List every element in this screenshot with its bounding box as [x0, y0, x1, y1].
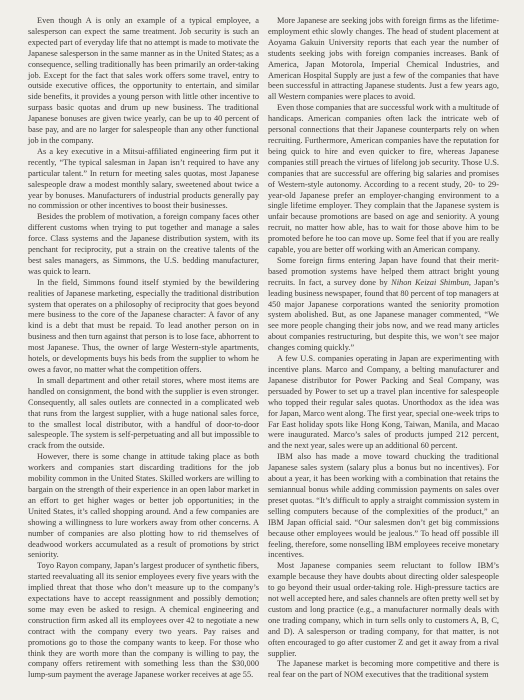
paragraph: In the field, Simmons found itself stymi… — [28, 278, 259, 376]
text-run: A few U.S. companies operating in Japan … — [268, 354, 499, 450]
text-run: Toyo Rayon company, Japan’s largest prod… — [28, 561, 259, 679]
text-run: Besides the problem of motivation, a for… — [28, 212, 259, 276]
text-run: The Japanese market is becoming more com… — [268, 659, 499, 679]
text-run: In the field, Simmons found itself stymi… — [28, 278, 259, 374]
column-left: Even though A is only an example of a ty… — [28, 16, 259, 681]
paragraph: As a key executive in a Mitsui-affiliate… — [28, 147, 259, 212]
column-right: More Japanese are seeking jobs with fore… — [268, 16, 499, 681]
text-run: Even those companies that are successful… — [268, 103, 499, 254]
paragraph: IBM also has made a move toward chucking… — [268, 452, 499, 561]
paragraph: In small department and other retail sto… — [28, 376, 259, 452]
paragraph: A few U.S. companies operating in Japan … — [268, 354, 499, 452]
paragraph: The Japanese market is becoming more com… — [268, 659, 499, 681]
text-run: However, there is some change in attitud… — [28, 452, 259, 559]
paragraph: Even those companies that are successful… — [268, 103, 499, 256]
paragraph: Some foreign firms entering Japan have f… — [268, 256, 499, 354]
text-run: Most Japanese companies seem reluctant t… — [268, 561, 499, 657]
book-page: Even though A is only an example of a ty… — [0, 0, 524, 700]
text-run: IBM also has made a move toward chucking… — [268, 452, 499, 559]
text-columns: Even though A is only an example of a ty… — [28, 16, 498, 681]
paragraph: More Japanese are seeking jobs with fore… — [268, 16, 499, 103]
text-run: More Japanese are seeking jobs with fore… — [268, 16, 499, 101]
paragraph: However, there is some change in attitud… — [28, 452, 259, 561]
paragraph: Toyo Rayon company, Japan’s largest prod… — [28, 561, 259, 681]
italic-text-run: Nihon Keizai Shimbun — [391, 278, 469, 287]
text-run: Even though A is only an example of a ty… — [28, 16, 259, 145]
paragraph: Most Japanese companies seem reluctant t… — [268, 561, 499, 659]
text-run: , Japan’s leading business newspaper, fo… — [268, 278, 499, 352]
text-run: In small department and other retail sto… — [28, 376, 259, 450]
text-run: As a key executive in a Mitsui-affiliate… — [28, 147, 259, 211]
paragraph: Besides the problem of motivation, a for… — [28, 212, 259, 277]
paragraph: Even though A is only an example of a ty… — [28, 16, 259, 147]
